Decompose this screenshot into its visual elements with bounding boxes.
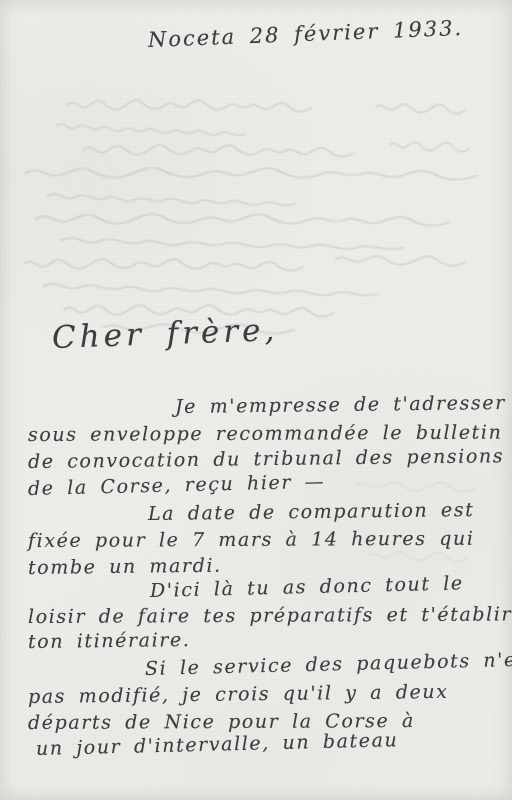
letter-line: Je m'empresse de t'adresser — [175, 392, 506, 418]
letter-line: un jour d'intervalle, un bateau — [36, 729, 399, 760]
letter-line: fixée pour le 7 mars à 14 heures qui — [28, 528, 475, 552]
letter-line: de la Corse, reçu hier — — [28, 471, 326, 500]
letter-line: loisir de faire tes préparatifs et t'éta… — [28, 603, 512, 628]
letter-line: sous enveloppe recommandée le bulletin — [28, 422, 503, 446]
letter-line: ton itinéraire. — [28, 629, 191, 653]
letter-line: pas modifié, je crois qu'il y a deux — [28, 681, 449, 708]
letter-line: tombe un mardi. — [28, 555, 222, 579]
letter-dateline: Noceta 28 février 1933. — [148, 16, 464, 52]
letter-line: Si le service des paquebots n'est — [145, 648, 512, 680]
letter-page: Noceta 28 février 1933. Cher frère, Je m… — [0, 0, 512, 800]
letter-line: La date de comparution est — [148, 499, 475, 525]
letter-line: de convocation du tribunal des pensions — [28, 445, 504, 473]
letter-salutation: Cher frère, — [51, 312, 278, 356]
